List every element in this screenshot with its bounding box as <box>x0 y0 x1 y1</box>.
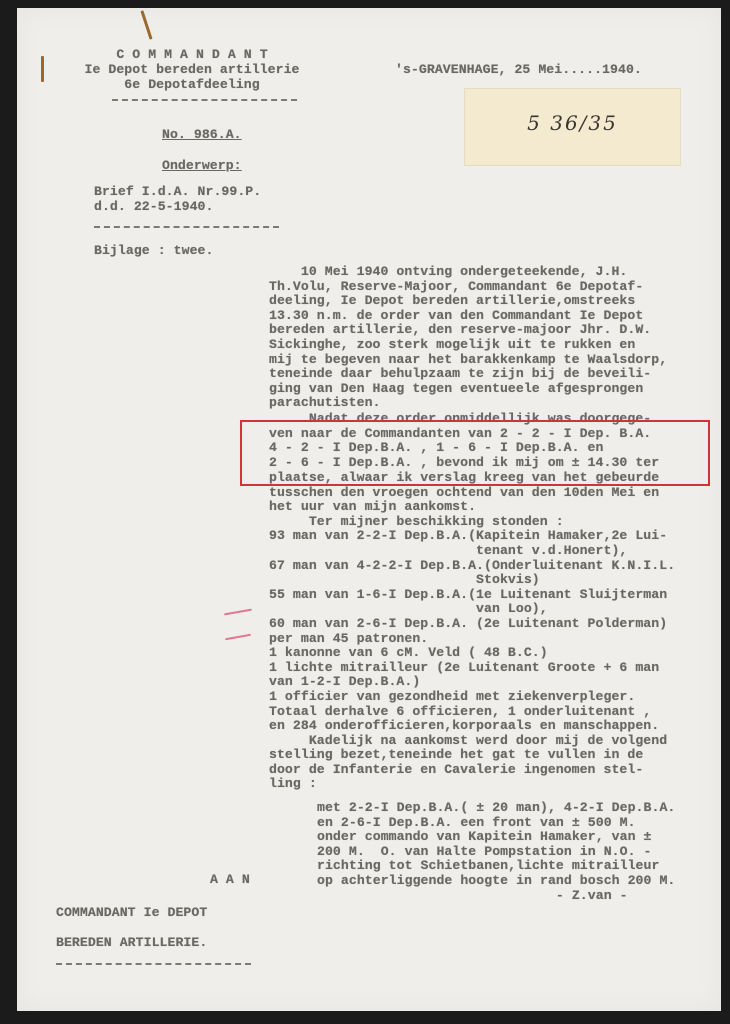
body-line: per man 45 patronen. <box>269 632 675 647</box>
body-line: teneinde daar behulpzaam te zijn bij de … <box>269 367 667 382</box>
reference-number: No. 986.A. <box>162 128 242 143</box>
body-line: door de Infanterie en Cavalerie ingenome… <box>269 763 675 778</box>
body-line: - Z.van - <box>317 889 675 904</box>
body-line: 67 man van 4-2-2-I Dep.B.A.(Onderluitena… <box>269 559 675 574</box>
letterhead-divider <box>112 99 297 101</box>
reference-divider <box>94 226 279 228</box>
body-line: richting tot Schietbanen,lichte mitraill… <box>317 859 675 874</box>
body-line: ging van Den Haag tegen eventueele afges… <box>269 382 667 397</box>
body-line: deeling, Ie Depot bereden artillerie,oms… <box>269 294 667 309</box>
body-line: stelling bezet,teneinde het gat te vulle… <box>269 748 675 763</box>
body-line: 13.30 n.m. de order van den Commandant I… <box>269 309 667 324</box>
body-line: Ter mijner beschikking stonden : <box>269 515 675 530</box>
letterhead-title: C O M M A N D A N T <box>77 48 307 63</box>
body-line: parachutisten. <box>269 396 667 411</box>
place-date: 's-GRAVENHAGE, 25 Mei.....1940. <box>395 63 642 78</box>
body-paragraph-3: met 2-2-I Dep.B.A.( ± 20 man), 4-2-I Dep… <box>317 801 675 903</box>
body-line: 55 man van 1-6-I Dep.B.A.(1e Luitenant S… <box>269 588 675 603</box>
letter-reference-line1: Brief I.d.A. Nr.99.P. <box>94 185 261 200</box>
body-line: Totaal derhalve 6 officieren, 1 onderlui… <box>269 705 675 720</box>
body-paragraph-1: 10 Mei 1940 ontving ondergeteekende, J.H… <box>269 265 667 411</box>
body-line: 200 M. O. van Halte Pompstation in N.O. … <box>317 845 675 860</box>
body-line: met 2-2-I Dep.B.A.( ± 20 man), 4-2-I Dep… <box>317 801 675 816</box>
body-line: 1 lichte mitrailleur (2e Luitenant Groot… <box>269 661 675 676</box>
body-line: 10 Mei 1940 ontving ondergeteekende, J.H… <box>269 265 667 280</box>
highlight-box <box>240 420 710 486</box>
addressee-aan: A A N <box>210 873 250 888</box>
letter-reference-line2: d.d. 22-5-1940. <box>94 200 213 215</box>
letterhead-unit-line2: 6e Depotafdeeling <box>77 78 307 93</box>
body-line: tenant v.d.Honert), <box>269 544 675 559</box>
body-line: bereden artillerie, den reserve-majoor J… <box>269 323 667 338</box>
body-line: onder commando van Kapitein Hamaker, van… <box>317 830 675 845</box>
body-line: van Loo), <box>269 602 675 617</box>
archive-number: 5 36/35 <box>465 111 680 135</box>
body-line: het uur van mijn aankomst. <box>269 500 675 515</box>
body-line: Th.Volu, Reserve-Majoor, Commandant 6e D… <box>269 280 667 295</box>
body-line: mij te begeven naar het barakkenkamp te … <box>269 353 667 368</box>
body-line: en 284 onderofficieren,korporaals en man… <box>269 719 675 734</box>
punch-stain <box>41 56 44 82</box>
pen-mark-1 <box>224 609 252 616</box>
body-line: Sickinghe, zoo sterk mogelijk uit te ruk… <box>269 338 667 353</box>
body-line: ling : <box>269 777 675 792</box>
body-line: en 2-6-I Dep.B.A. een front van ± 500 M. <box>317 816 675 831</box>
document-page: C O M M A N D A N T Ie Depot bereden art… <box>17 8 721 1011</box>
body-line: 1 officier van gezondheid met ziekenverp… <box>269 690 675 705</box>
archive-label: 5 36/35 <box>464 88 681 166</box>
body-line: tusschen den vroegen ochtend van den 10d… <box>269 486 675 501</box>
addressee-divider <box>56 963 251 965</box>
body-line: Kadelijk na aankomst werd door mij de vo… <box>269 734 675 749</box>
addressee-line1: COMMANDANT Ie DEPOT <box>56 906 207 921</box>
body-line: 93 man van 2-2-I Dep.B.A.(Kapitein Hamak… <box>269 529 675 544</box>
subject-label: Onderwerp: <box>162 159 242 174</box>
body-line: van 1-2-I Dep.B.A.) <box>269 675 675 690</box>
body-line: op achterliggende hoogte in rand bosch 2… <box>317 874 675 889</box>
pen-mark-2 <box>225 634 251 640</box>
body-paragraph-2: plaatse, alwaar ik verslag kreeg van het… <box>269 471 675 792</box>
body-line: 60 man van 2-6-I Dep.B.A. (2e Luitenant … <box>269 617 675 632</box>
staple-stain <box>140 10 152 39</box>
letterhead-unit-line1: Ie Depot bereden artillerie <box>57 63 327 78</box>
attachments: Bijlage : twee. <box>94 244 213 259</box>
body-line: 1 kanonne van 6 cM. Veld ( 48 B.C.) <box>269 646 675 661</box>
body-line: Stokvis) <box>269 573 675 588</box>
addressee-line2: BEREDEN ARTILLERIE. <box>56 936 207 951</box>
